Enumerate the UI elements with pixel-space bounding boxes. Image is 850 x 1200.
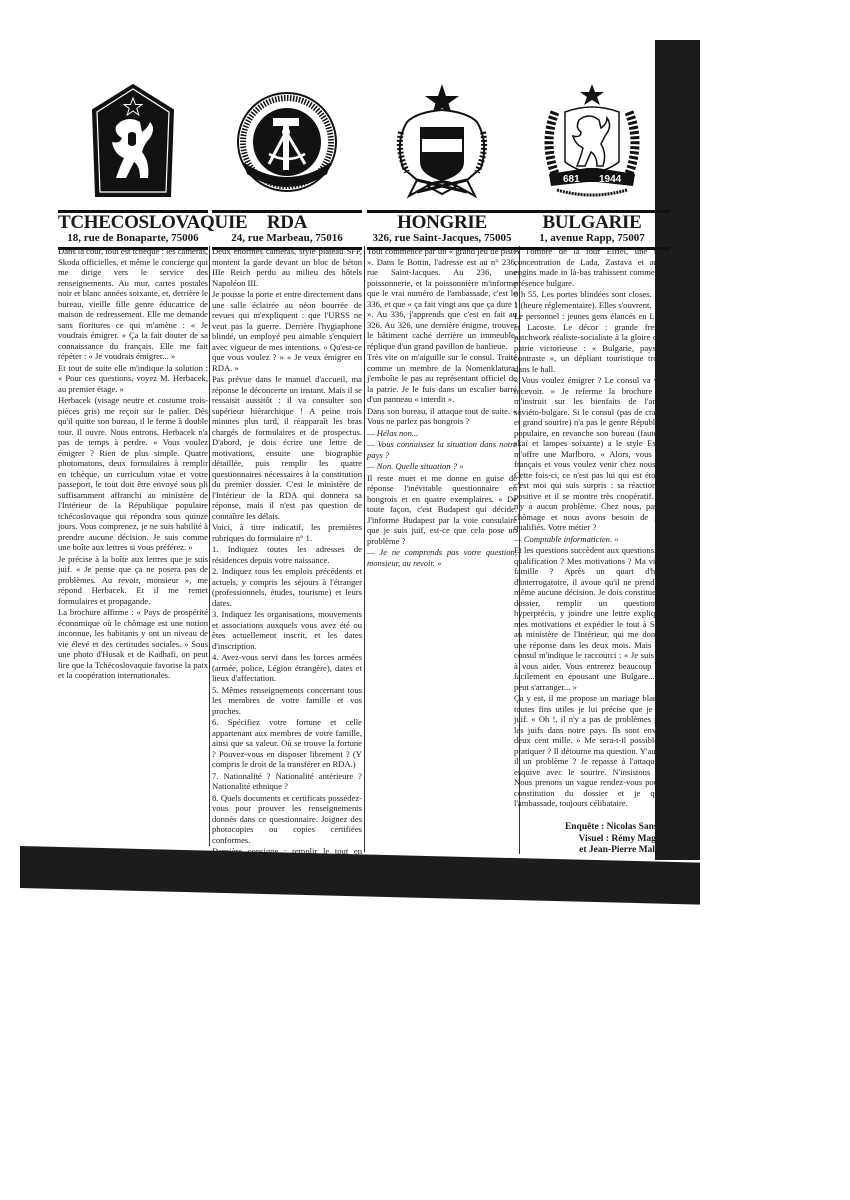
paragraph: — Non. Quelle situation ? » — [367, 461, 517, 472]
embassy-address: 18, rue de Bonaparte, 75006 — [58, 232, 208, 245]
paragraph: Deux énormes caméras, style plateau SFP,… — [212, 246, 362, 288]
section-header: TCHECOSLOVAQUIE 18, rue de Bonaparte, 75… — [58, 210, 208, 250]
gdr-hammer-compass-icon — [235, 82, 339, 200]
section-header: BULGARIE 1, avenue Rapp, 75007 — [514, 210, 670, 250]
embassy-address: 24, rue Marbeau, 75016 — [212, 232, 362, 245]
paragraph: 5. Mêmes renseignements concernant tous … — [212, 685, 362, 717]
paragraph: Je pousse la porte et entre directement … — [212, 289, 362, 373]
embassy-address: 326, rue Saint-Jacques, 75005 — [367, 232, 517, 245]
credits: Enquête : Nicolas Sanson. Visuel : Rémy … — [520, 822, 670, 857]
paragraph: La brochure affirme : « Pays de prospéri… — [58, 607, 208, 681]
embassy-address: 1, avenue Rapp, 75007 — [514, 232, 670, 245]
bulgarian-lion-wreath-icon: 681 1944 — [537, 82, 647, 202]
article-body: Dans la cour, tout est tchèque : les cam… — [58, 246, 208, 682]
country-name: HONGRIE — [367, 214, 517, 232]
paragraph: 8. Quels documents et certificats posséd… — [212, 793, 362, 846]
paragraph: A l'ombre de la tour Eiffel, une forte c… — [514, 246, 670, 288]
column-divider — [209, 246, 210, 846]
paragraph: 4. Avez-vous servi dans les forces armée… — [212, 652, 362, 684]
paragraph: 7. Nationalité ? Nationalité antérieure … — [212, 771, 362, 792]
paragraph: Dernière consigne : remplir le tout en l… — [212, 846, 362, 867]
article-body: Tout commence par un « grand jeu de pist… — [367, 246, 517, 569]
emblem-date-1944: 1944 — [599, 174, 622, 185]
paragraph: Et les questions succèdent aux questions… — [514, 545, 670, 692]
paragraph: Je précise à la boîte aux lettres que je… — [58, 554, 208, 607]
country-name: RDA — [212, 214, 362, 232]
paragraph: 6. Spécifiez votre fortune et celle appa… — [212, 717, 362, 770]
paragraph: Ça y est, il me propose un mariage blanc… — [514, 693, 670, 809]
emblem-date-681: 681 — [563, 174, 580, 185]
paragraph: Le personnel : jeunes gens élancés en Le… — [514, 311, 670, 374]
paragraph: 3. Indiquez les organisations, mouvement… — [212, 609, 362, 651]
paragraph: « Vous voulez émigrer ? Le consul va vou… — [514, 375, 670, 533]
czechoslovak-lion-shield-icon — [90, 82, 176, 200]
credit-visual-2: et Jean-Pierre Malion. — [520, 845, 670, 857]
credit-investigation: Enquête : Nicolas Sanson. — [520, 822, 670, 834]
paragraph: 2. Indiquez tous les emplois précédents … — [212, 566, 362, 608]
paragraph: Dans la cour, tout est tchèque : les cam… — [58, 246, 208, 362]
paragraph: Il reste muet et me donne en guise de ré… — [367, 473, 517, 547]
paragraph: Pas prévue dans le manuel d'accueil, ma … — [212, 374, 362, 521]
paragraph: Très vite on m'aiguille sur le consul. T… — [367, 352, 517, 405]
paragraph: — Vous connaissez la situation dans notr… — [367, 439, 517, 460]
paragraph: Dans son bureau, il attaque tout de suit… — [367, 406, 517, 427]
paragraph: — Comptable informaticien. » — [514, 534, 670, 545]
paragraph: — Hélas non... — [367, 428, 517, 439]
paragraph: 1. Indiquez toutes les adresses de résid… — [212, 544, 362, 565]
section-header: HONGRIE 326, rue Saint-Jacques, 75005 — [367, 210, 517, 250]
paragraph: Et tout de suite elle m'indique la solut… — [58, 363, 208, 395]
credit-visual: Visuel : Rémy Magron — [520, 834, 670, 846]
paragraph: Herbacek (visage neutre et costume trois… — [58, 395, 208, 553]
paragraph: Voici, à titre indicatif, les premières … — [212, 522, 362, 543]
country-name: BULGARIE — [514, 214, 670, 232]
paragraph: Tout commence par un « grand jeu de pist… — [367, 246, 517, 351]
section-header: RDA 24, rue Marbeau, 75016 — [212, 210, 362, 250]
column-divider — [364, 246, 365, 852]
article-body: Deux énormes caméras, style plateau SFP,… — [212, 246, 362, 868]
paragraph: — Je ne comprends pas votre question, mo… — [367, 547, 517, 568]
country-name: TCHECOSLOVAQUIE — [58, 214, 208, 232]
paragraph: 9 h 55. Les portes blindées sont closes.… — [514, 289, 670, 310]
article-body: A l'ombre de la tour Eiffel, une forte c… — [514, 246, 670, 810]
hungarian-star-shield-icon — [387, 82, 497, 202]
